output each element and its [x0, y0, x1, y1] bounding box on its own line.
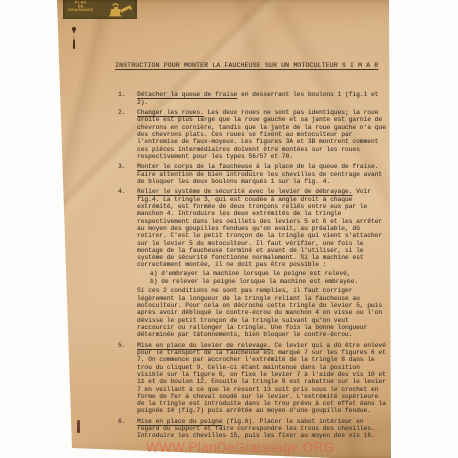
item-lead: Monter le corps de la faucheuse	[137, 163, 252, 170]
item-body: Voir fig.4. La tringle 3, qui est coudée…	[137, 188, 382, 268]
instruction-item-2: 2. Changer les roues. Les deux roues ne …	[118, 109, 388, 160]
plan-de-graissage-stamp: PLAN DE GRAISSAGE	[63, 0, 137, 19]
photo-canvas: INSTRUCTION POUR MONTER LA FAUCHEUSE SUR…	[0, 0, 458, 458]
item-number: 5.	[118, 342, 137, 415]
item-text: Détacher la queue de fraise en desserran…	[137, 91, 388, 106]
adjustment-paragraph: Si ces 2 conditions ne sont pas remplies…	[137, 287, 388, 338]
item-body: Les deux roues ne sont pas identiques; l…	[137, 109, 386, 160]
item-number: 6.	[118, 418, 137, 440]
item-number: 2.	[118, 109, 137, 160]
item-lead: Changer les roues.	[137, 109, 204, 116]
item-lead: Détacher la queue de fraise	[137, 91, 237, 98]
instruction-item-3: 3. Monter le corps de la faucheuse à la …	[118, 163, 388, 185]
item-text: Mise en place du peigne (fig.6). Placer …	[137, 418, 388, 440]
condition-list: a) d'embrayer la machine lorsque le peig…	[150, 270, 388, 285]
item-text: Mise en place du levier de relevage. Ce …	[137, 342, 388, 415]
condition-a: a) d'embrayer la machine lorsque le peig…	[150, 270, 388, 277]
stamp-text: PLAN DE GRAISSAGE	[64, 1, 97, 13]
item-number: 3.	[118, 163, 137, 185]
item-number: 4.	[118, 188, 137, 338]
instruction-item-4: 4. Relier le système de sécurité avec le…	[118, 188, 388, 338]
item-number: 1.	[118, 91, 137, 106]
item-text: Monter le corps de la faucheuse à la pla…	[137, 163, 388, 185]
ink-speck	[77, 420, 80, 433]
instruction-item-1: 1. Détacher la queue de fraise en desser…	[118, 91, 388, 106]
item-text: Changer les roues. Les deux roues ne son…	[137, 109, 388, 160]
stamp-line-3: GRAISSAGE	[64, 9, 97, 13]
watermark: WWW.PlanDeGraissage.ORG	[146, 440, 334, 455]
item-lead: Relier le système de sécurité avec le le…	[137, 188, 352, 195]
item-text: Relier le système de sécurité avec le le…	[137, 188, 388, 338]
document-title: INSTRUCTION POUR MONTER LA FAUCHEUSE SUR…	[115, 62, 388, 69]
document-content: INSTRUCTION POUR MONTER LA FAUCHEUSE SUR…	[118, 62, 388, 443]
instruction-item-6: 6. Mise en place du peigne (fig.6). Plac…	[118, 418, 388, 440]
condition-b: b) de relever le peigne lorsque la machi…	[150, 278, 388, 285]
item-body: Ce levier qui a dû être enlevé pour le t…	[137, 342, 386, 415]
item-lead: Mise en place du levier de relevage.	[137, 342, 271, 349]
instruction-item-5: 5. Mise en place du levier de relevage. …	[118, 342, 388, 415]
item-lead: Mise en place du peigne	[137, 418, 222, 425]
oil-can-icon	[104, 2, 134, 17]
